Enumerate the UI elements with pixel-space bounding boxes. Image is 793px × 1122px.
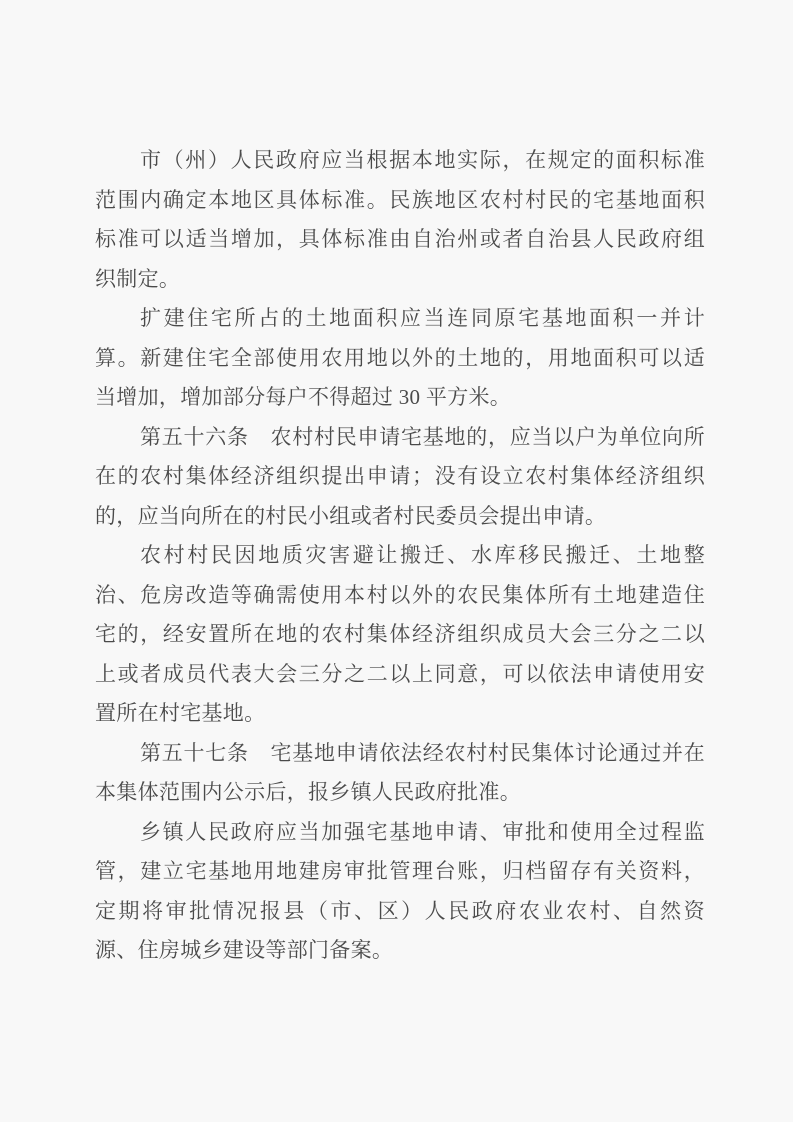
paragraph-line: 织制定。	[95, 260, 705, 300]
page-background: { "page": { "background": "#f8f8f8", "te…	[0, 0, 793, 1122]
paragraph-line: 的，应当向所在的村民小组或者村民委员会提出申请。	[95, 497, 705, 537]
paragraph-line: 在的农村集体经济组织提出申请；没有设立农村集体经济组织	[95, 457, 705, 497]
paragraph-line: 范围内确定本地区具体标准。民族地区农村村民的宅基地面积	[95, 181, 705, 221]
document-page: 市（州）人民政府应当根据本地实际，在规定的面积标准范围内确定本地区具体标准。民族…	[0, 0, 793, 1122]
paragraph-line: 当增加，增加部分每户不得超过 30 平方米。	[95, 378, 705, 418]
paragraph-line: 农村村民因地质灾害避让搬迁、水库移民搬迁、土地整	[95, 536, 705, 576]
paragraph-line: 管，建立宅基地用地建房审批管理台账，归档留存有关资料，	[95, 852, 705, 892]
paragraph-line: 第五十七条 宅基地申请依法经农村村民集体讨论通过并在	[95, 734, 705, 774]
paragraph-line: 置所在村宅基地。	[95, 694, 705, 734]
paragraph-line: 源、住房城乡建设等部门备案。	[95, 931, 705, 971]
paragraph-line: 第五十六条 农村村民申请宅基地的，应当以户为单位向所	[95, 418, 705, 458]
paragraph-line: 市（州）人民政府应当根据本地实际，在规定的面积标准	[95, 141, 705, 181]
paragraph-line: 本集体范围内公示后，报乡镇人民政府批准。	[95, 773, 705, 813]
paragraph-line: 定期将审批情况报县（市、区）人民政府农业农村、自然资	[95, 892, 705, 932]
legal-text-block: 市（州）人民政府应当根据本地实际，在规定的面积标准范围内确定本地区具体标准。民族…	[95, 141, 705, 971]
paragraph-line: 算。新建住宅全部使用农用地以外的土地的，用地面积可以适	[95, 339, 705, 379]
paragraph-line: 标准可以适当增加，具体标准由自治州或者自治县人民政府组	[95, 220, 705, 260]
paragraph-line: 扩建住宅所占的土地面积应当连同原宅基地面积一并计	[95, 299, 705, 339]
paragraph-line: 治、危房改造等确需使用本村以外的农民集体所有土地建造住	[95, 576, 705, 616]
paragraph-line: 上或者成员代表大会三分之二以上同意，可以依法申请使用安	[95, 655, 705, 695]
paragraph-line: 宅的，经安置所在地的农村集体经济组织成员大会三分之二以	[95, 615, 705, 655]
paragraph-line: 乡镇人民政府应当加强宅基地申请、审批和使用全过程监	[95, 813, 705, 853]
